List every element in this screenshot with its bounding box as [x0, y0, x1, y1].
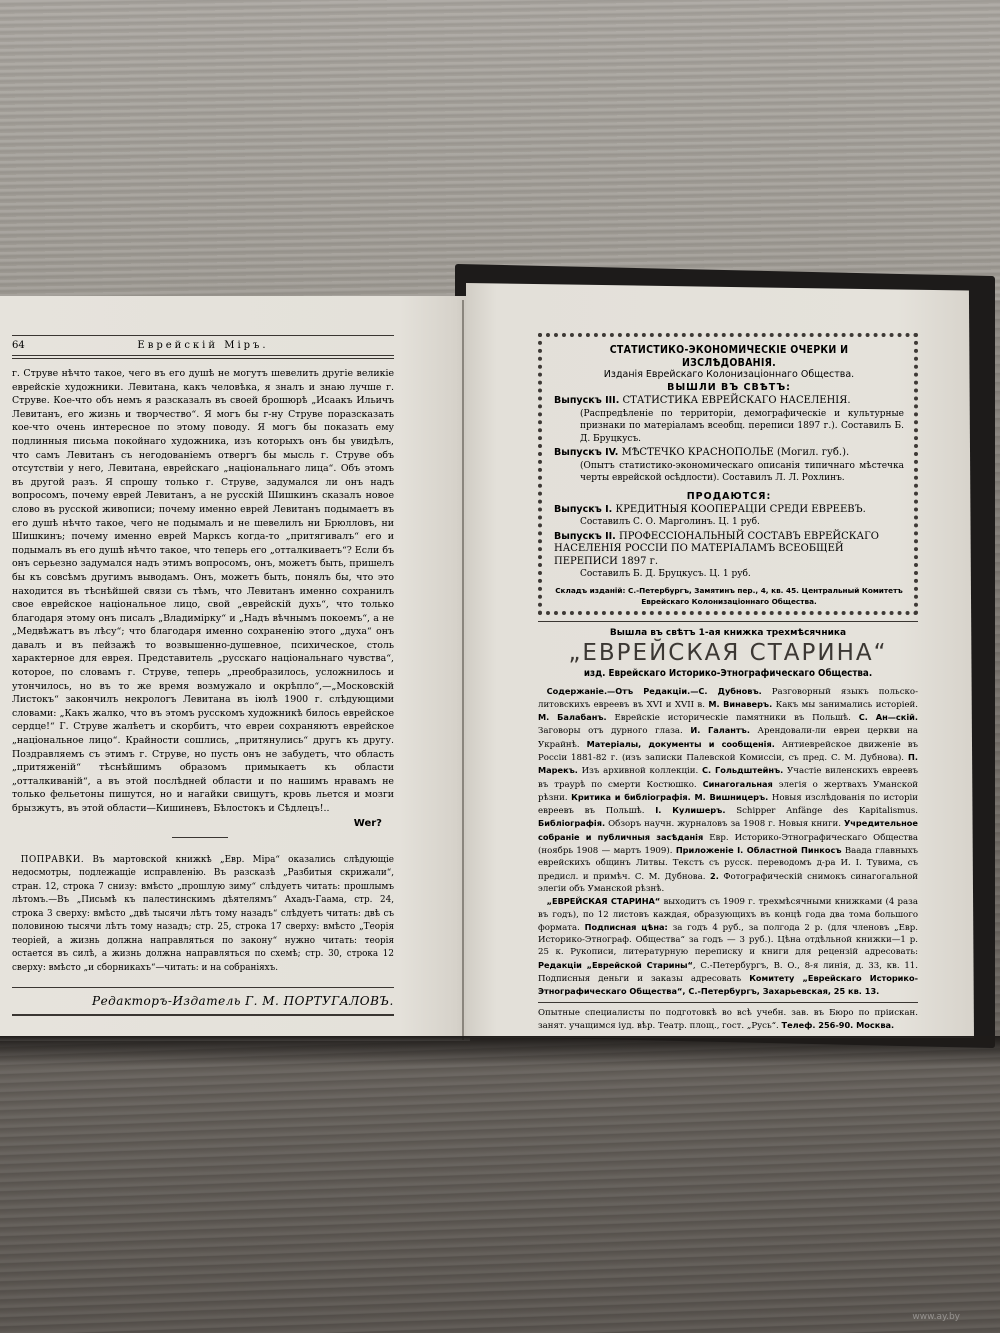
ad-subtitle: Изданія Еврейскаго Колонизаціоннаго Обще… — [554, 369, 904, 380]
contents-title: Изъ архивной коллекціи. — [578, 766, 702, 776]
starina-subscription: „ЕВРЕЙСКАЯ СТАРИНА“ выходитъ съ 1909 г. … — [538, 895, 918, 998]
contents-title: Какъ мы занимались исторіей. — [772, 700, 918, 710]
issue-label: Выпускъ III. — [554, 395, 619, 406]
right-page-content: СТАТИСТИКО-ЭКОНОМИЧЕСКІЕ ОЧЕРКИ И ИЗСЛѢД… — [538, 333, 918, 1033]
contents-section: Синагогальная — [703, 779, 773, 789]
contents-section: Библіографія. — [538, 818, 605, 828]
contents-title: Обзоръ научн. журналовъ за 1908 г. Новыя… — [605, 819, 844, 829]
issue-title: МѢСТЕЧКО КРАСНОПОЛЬЕ (Могил. губ.). — [622, 447, 850, 458]
errata-heading: ПОПРАВКИ. — [21, 855, 84, 865]
page-number: 64 — [12, 340, 52, 351]
subscription-bold: Редакціи „Еврейской Старины“ — [538, 960, 693, 970]
contents-title: Schipper Anfänge des Kapitalismus. — [725, 806, 918, 816]
journal-title: Еврейскій Міръ. — [52, 340, 354, 351]
ad-title: СТАТИСТИКО-ЭКОНОМИЧЕСКІЕ ОЧЕРКИ И ИЗСЛѢД… — [579, 343, 880, 369]
watermark: www.ay.by — [912, 1312, 960, 1322]
issue-label: Выпускъ I. — [554, 504, 612, 515]
ad-warehouse-address: Складъ изданій: С.-Петербургъ, Замятинъ … — [554, 585, 904, 607]
issue-entry: Выпускъ IV. МѢСТЕЧКО КРАСНОПОЛЬЕ (Могил.… — [554, 447, 904, 485]
issue-entry: Выпускъ I. КРЕДИТНЫЯ КООПЕРАЦІИ СРЕДИ ЕВ… — [554, 504, 904, 529]
contents-title: Еврейскіе историческіе памятники въ Поль… — [607, 713, 859, 723]
contents-author: Содержаніе.—Отъ Редакціи.—С. Дубновъ. — [547, 686, 762, 696]
subscription-bold: „ЕВРЕЙСКАЯ СТАРИНА“ — [547, 896, 661, 906]
contents-section: Приложеніе I. Областной Пинкосъ — [676, 845, 842, 855]
contents-section: Критика и библіографія. М. Вишницеръ. — [571, 792, 768, 802]
running-header: 64 Еврейскій Міръ. — [12, 336, 394, 355]
colonization-society-ad: СТАТИСТИКО-ЭКОНОМИЧЕСКІЕ ОЧЕРКИ И ИЗСЛѢД… — [538, 333, 918, 615]
editor-publisher-line: Редакторъ-Издатель Г. М. ПОРТУГАЛОВЪ. — [12, 987, 394, 1016]
errata-text: Въ мартовской книжкѣ „Евр. Міра“ оказали… — [12, 855, 394, 973]
published-heading: ВЫШЛИ ВЪ СВѢТЪ: — [554, 382, 904, 393]
contents-author: С. Гольдштейнъ. — [702, 765, 783, 775]
errata-block: ПОПРАВКИ. Въ мартовской книжкѣ „Евр. Мір… — [12, 854, 394, 976]
starina-publisher: изд. Еврейскаго Историко-Этнографическаг… — [553, 668, 903, 679]
book-shadow — [0, 1036, 1000, 1066]
issue-description: (Распредѣленіе по территоріи, демографич… — [554, 408, 904, 446]
left-page-content: 64 Еврейскій Міръ. г. Струве нѣчто такое… — [12, 335, 394, 1016]
issue-title: СТАТИСТИКА ЕВРЕЙСКАГО НАСЕЛЕНІЯ. — [623, 395, 851, 406]
tutoring-phone: Телеф. 256-90. Москва. — [782, 1020, 895, 1030]
issue-label: Выпускъ II. — [554, 531, 616, 542]
section-divider — [172, 837, 228, 838]
section-rule — [538, 1002, 918, 1003]
section-rule — [538, 621, 918, 622]
article-signature: Wer? — [12, 818, 394, 829]
tutoring-ad: Опытные специалисты по подготовкѣ во всѣ… — [538, 1007, 918, 1033]
starina-title: „ЕВРЕЙСКАЯ СТАРИНА“ — [538, 640, 918, 666]
contents-title: Заговоры отъ дурного глаза. — [538, 726, 690, 736]
contents-author: I. Кулишеръ. — [655, 805, 725, 815]
issue-description: Составилъ С. О. Марголинъ. Ц. 1 руб. — [554, 516, 904, 529]
starina-announcement: Вышла въ свѣтъ 1-ая книжка трехмѣсячника — [538, 628, 918, 638]
wood-table-background — [0, 0, 1000, 300]
on-sale-heading: ПРОДАЮТСЯ: — [554, 491, 904, 502]
issue-description: Составилъ Б. Д. Бруцкусъ. Ц. 1 руб. — [554, 568, 904, 581]
header-rule-bottom — [12, 355, 394, 356]
contents-author: М. Винаверъ. — [708, 699, 772, 709]
article-paragraph: г. Струве нѣчто такое, чего въ его душѣ … — [12, 367, 394, 816]
article-body: г. Струве нѣчто такое, чего въ его душѣ … — [12, 367, 394, 816]
subscription-bold: Подписная цѣна: — [585, 922, 668, 932]
issue-entry: Выпускъ III. СТАТИСТИКА ЕВРЕЙСКАГО НАСЕЛ… — [554, 395, 904, 445]
contents-author: М. Балабанъ. — [538, 712, 607, 722]
contents-section: 2. — [710, 871, 719, 881]
header-rule-double — [12, 358, 394, 359]
starina-contents: Содержаніе.—Отъ Редакціи.—С. Дубновъ. Ра… — [538, 685, 918, 896]
issue-description: (Опытъ статистико-экономическаго описані… — [554, 460, 904, 485]
issue-label: Выпускъ IV. — [554, 447, 618, 458]
binding-thread — [462, 300, 464, 1040]
issue-title: КРЕДИТНЫЯ КООПЕРАЦІИ СРЕДИ ЕВРЕЕВЪ. — [615, 504, 865, 515]
contents-author: И. Галантъ. — [690, 725, 750, 735]
issue-entry: Выпускъ II. ПРОФЕССІОНАЛЬНЫЙ СОСТАВЪ ЕВР… — [554, 531, 904, 581]
starina-ad: Вышла въ свѣтъ 1-ая книжка трехмѣсячника… — [538, 628, 918, 999]
contents-author: С. Ан—скій. — [859, 712, 918, 722]
contents-section: Матеріалы, документы и сообщенія. — [587, 739, 775, 749]
